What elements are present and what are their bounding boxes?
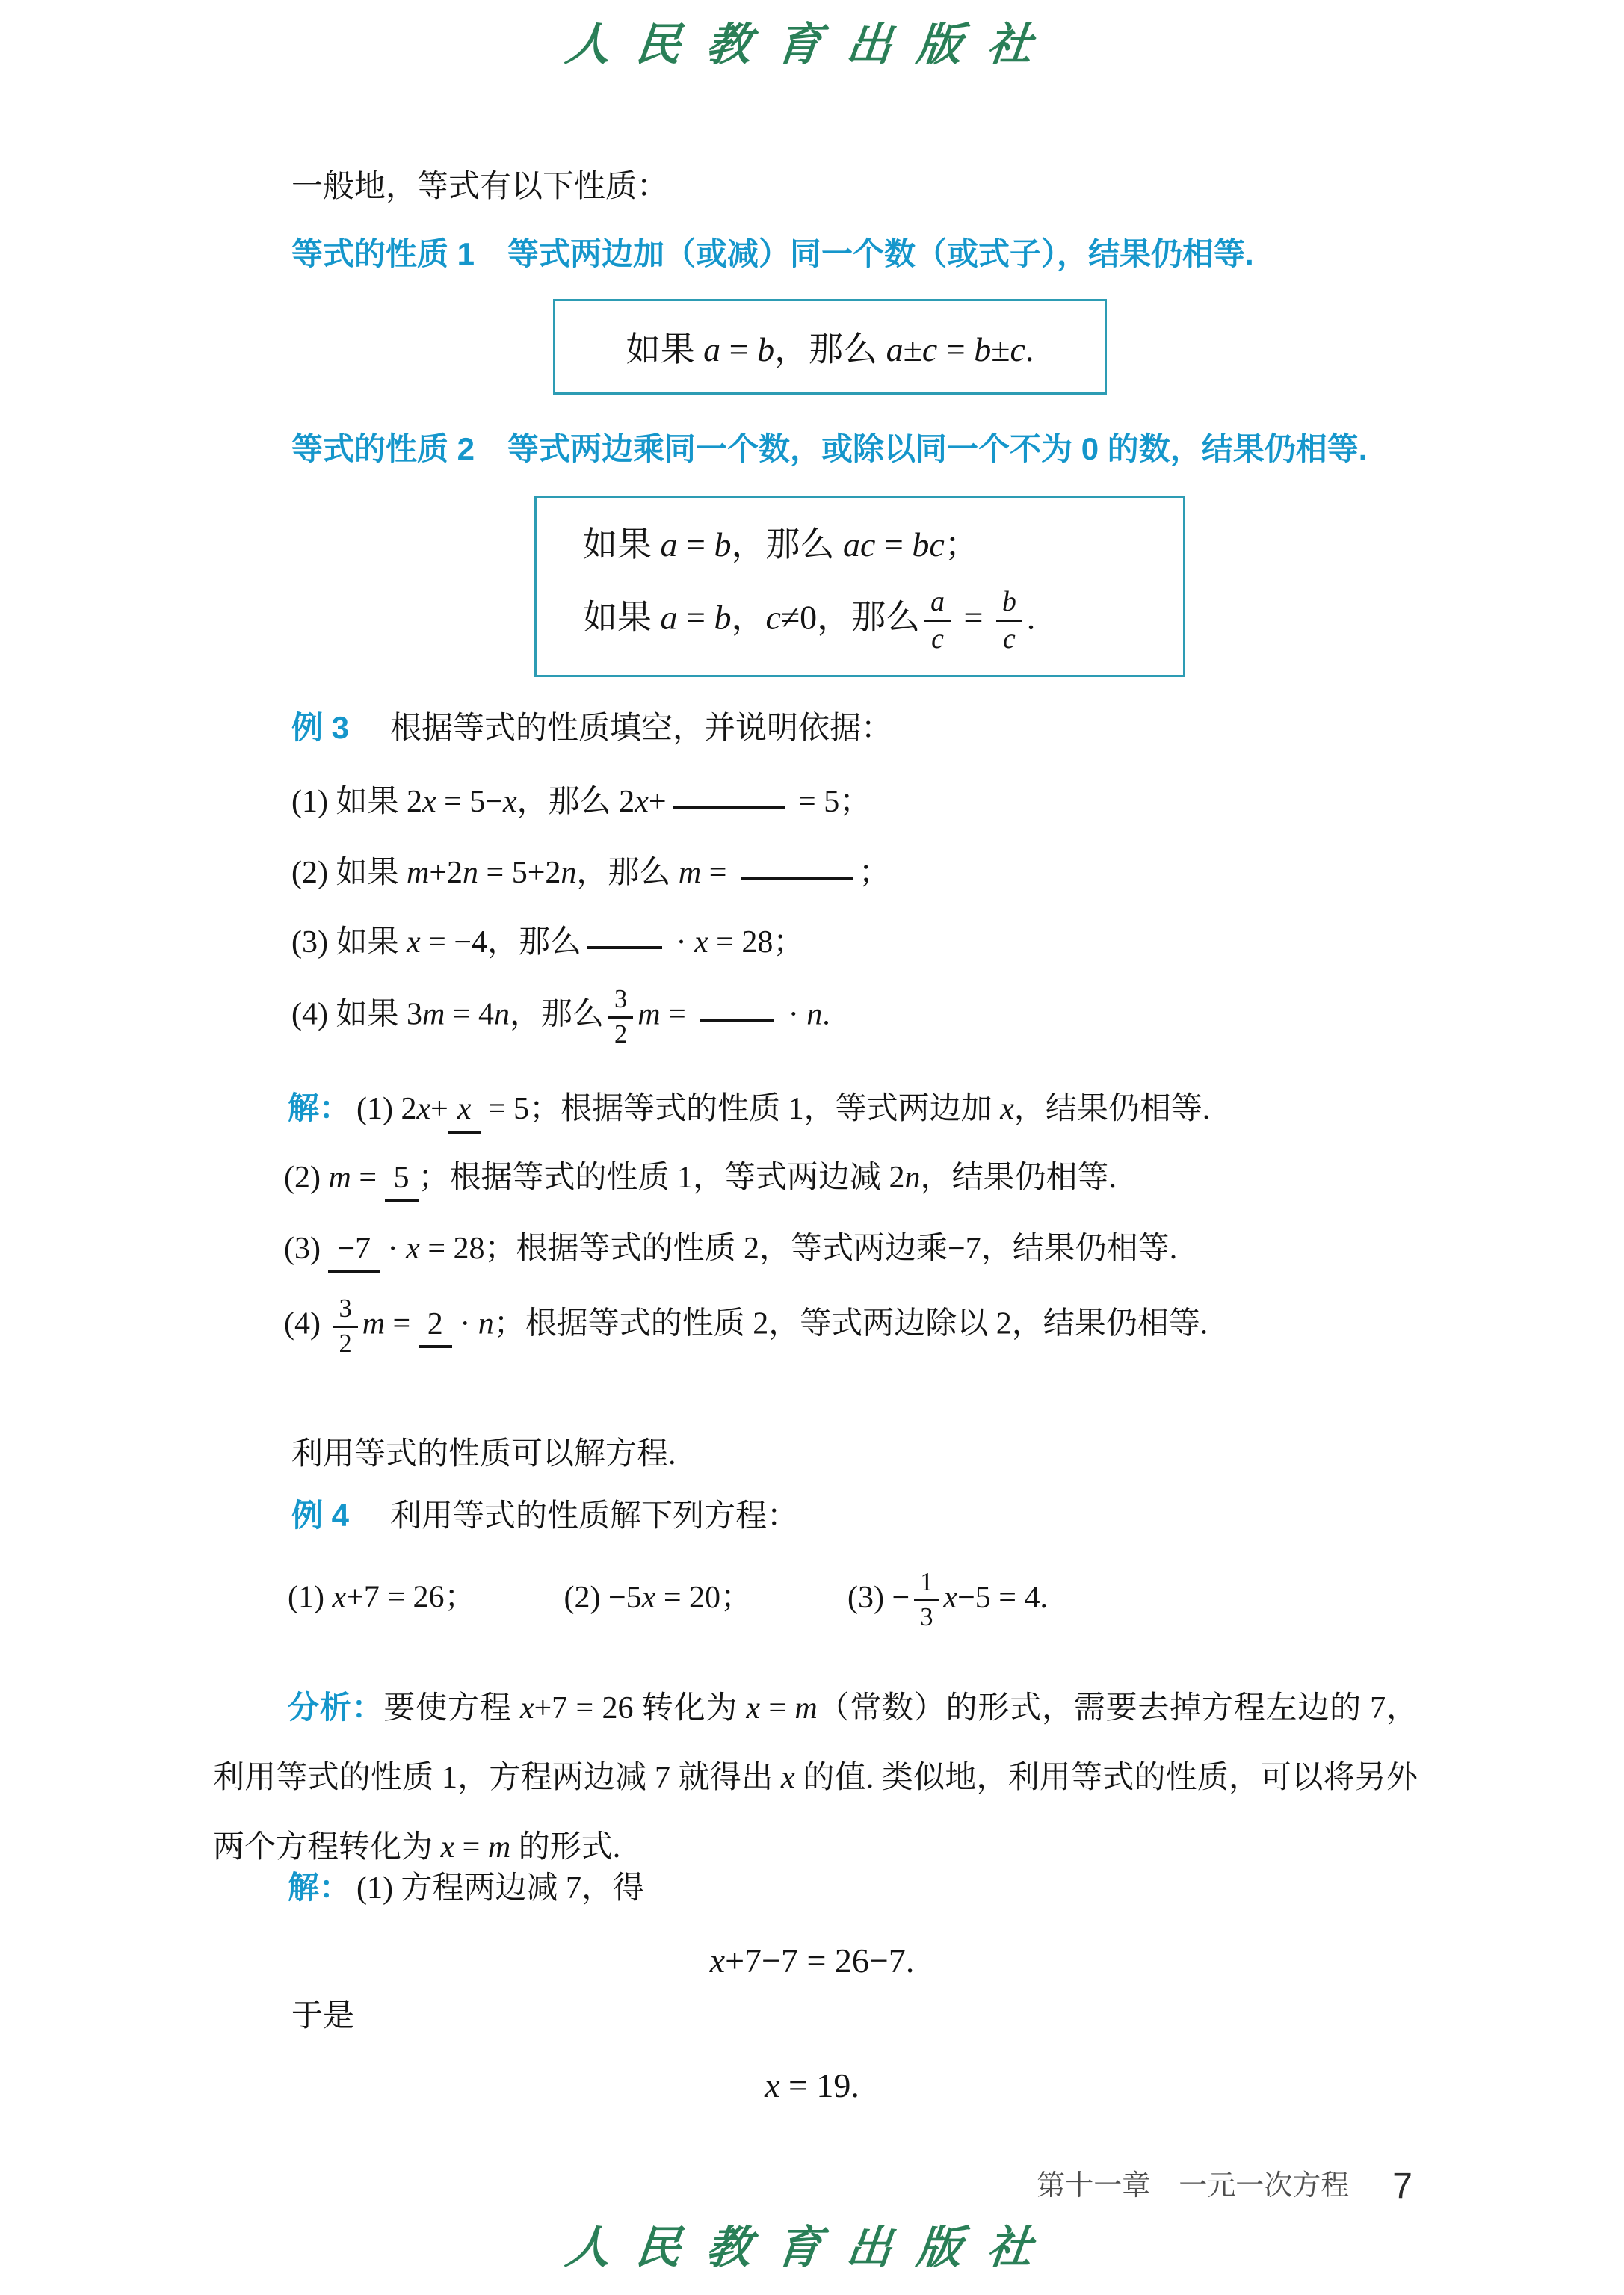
property-1-formula-box: 如果 a = b，那么 a±c = b±c. xyxy=(553,299,1107,395)
equation-2: (2) −5x = 20； xyxy=(564,1581,753,1615)
property-1-formula: 如果 a = b，那么 a±c = b±c. xyxy=(626,322,1034,371)
example-3-item-2: (2) 如果 m+2n = 5+2n，那么 m = ； xyxy=(291,852,890,895)
example-4-label: 例 4 xyxy=(291,1498,349,1533)
example-4-solution-heading: 解：(1) 方程两边减 7，得 xyxy=(288,1867,644,1910)
page-number: 7 xyxy=(1392,2166,1412,2206)
publisher-logo-bottom: 人民教育出版社 xyxy=(0,2212,1624,2276)
bridge-paragraph: 利用等式的性质可以解方程. xyxy=(291,1433,676,1476)
property-1-statement: 等式两边加（或减）同一个数（或式子），结果仍相等. xyxy=(507,236,1254,271)
intro-paragraph: 一般地，等式有以下性质： xyxy=(291,166,668,209)
solution-intro: (1) 方程两边减 7，得 xyxy=(356,1871,644,1906)
equation-3: (3) −13x−5 = 4. xyxy=(847,1581,1048,1615)
property-2-statement: 等式两边乘同一个数，或除以同一个不为 0 的数，结果仍相等. xyxy=(507,431,1367,466)
analysis-label: 分析： xyxy=(288,1690,383,1725)
property-2-label: 等式的性质 2 xyxy=(291,431,475,466)
example-3-solution-2: (2) m = 5；根据等式的性质 1，等式两边减 2n，结果仍相等. xyxy=(284,1157,1117,1202)
example-4-prompt: 利用等式的性质解下列方程： xyxy=(390,1499,798,1533)
example-3-item-1: (1) 如果 2x = 5−x，那么 2x+ = 5； xyxy=(291,781,871,824)
example-3-item-4: (4) 如果 3m = 4n，那么32m = · n. xyxy=(291,985,830,1049)
example-3-solution-1: 解：(1) 2x+x = 5；根据等式的性质 1，等式两边加 x，结果仍相等. xyxy=(288,1087,1210,1134)
analysis-paragraph: 分析：要使方程 x+7 = 26 转化为 x = m（常数）的形式，需要去掉方程… xyxy=(213,1672,1418,1883)
analysis-text: 要使方程 x+7 = 26 转化为 x = m（常数）的形式，需要去掉方程左边的… xyxy=(213,1691,1418,1865)
example-3-label: 例 3 xyxy=(291,710,349,745)
example-3-solution-3: (3) −7 · x = 28；根据等式的性质 2，等式两边乘−7，结果仍相等. xyxy=(284,1228,1177,1273)
page-footer: 第十一章 一元一次方程7 xyxy=(1037,2162,1412,2207)
worked-equation: x+7−7 = 26−7. xyxy=(0,1938,1624,1984)
textbook-page: 人民教育出版社 一般地，等式有以下性质： 等式的性质 1等式两边加（或减）同一个… xyxy=(0,0,1624,2295)
example-3-prompt: 根据等式的性质填空，并说明依据： xyxy=(390,711,892,746)
example-3-solution-4: (4) 32m = 2 · n；根据等式的性质 2，等式两边除以 2，结果仍相等… xyxy=(284,1294,1208,1359)
solution-label: 解： xyxy=(288,1870,351,1905)
solution-1-text: (1) 2x+x = 5；根据等式的性质 1，等式两边加 x，结果仍相等. xyxy=(356,1092,1210,1126)
equation-1: (1) x+7 = 26； xyxy=(288,1581,476,1615)
publisher-logo-top: 人民教育出版社 xyxy=(0,9,1624,73)
example-4-equation-row: (1) x+7 = 26；(2) −5x = 20；(3) −13x−5 = 4… xyxy=(288,1568,1048,1632)
property-2-formula-line-2: 如果 a = b，c≠0，那么ac = bc. xyxy=(583,586,1183,656)
property-1-heading: 等式的性质 1等式两边加（或减）同一个数（或式子），结果仍相等. xyxy=(291,233,1254,276)
example-3-heading: 例 3根据等式的性质填空，并说明依据： xyxy=(291,707,892,750)
property-1-label: 等式的性质 1 xyxy=(291,236,475,271)
chapter-title: 第十一章 一元一次方程 xyxy=(1037,2170,1349,2202)
result-equation: x = 19. xyxy=(0,2063,1624,2109)
property-2-formula-line-1: 如果 a = b，那么 ac = bc； xyxy=(583,517,1183,566)
property-2-heading: 等式的性质 2等式两边乘同一个数，或除以同一个不为 0 的数，结果仍相等. xyxy=(291,428,1367,471)
example-4-heading: 例 4利用等式的性质解下列方程： xyxy=(291,1495,798,1538)
connective-text: 于是 xyxy=(291,1995,354,2038)
example-3-item-3: (3) 如果 x = −4，那么 · x = 28； xyxy=(291,921,804,964)
property-2-formula-box: 如果 a = b，那么 ac = bc； 如果 a = b，c≠0，那么ac =… xyxy=(534,496,1185,677)
solution-label: 解： xyxy=(288,1090,351,1125)
